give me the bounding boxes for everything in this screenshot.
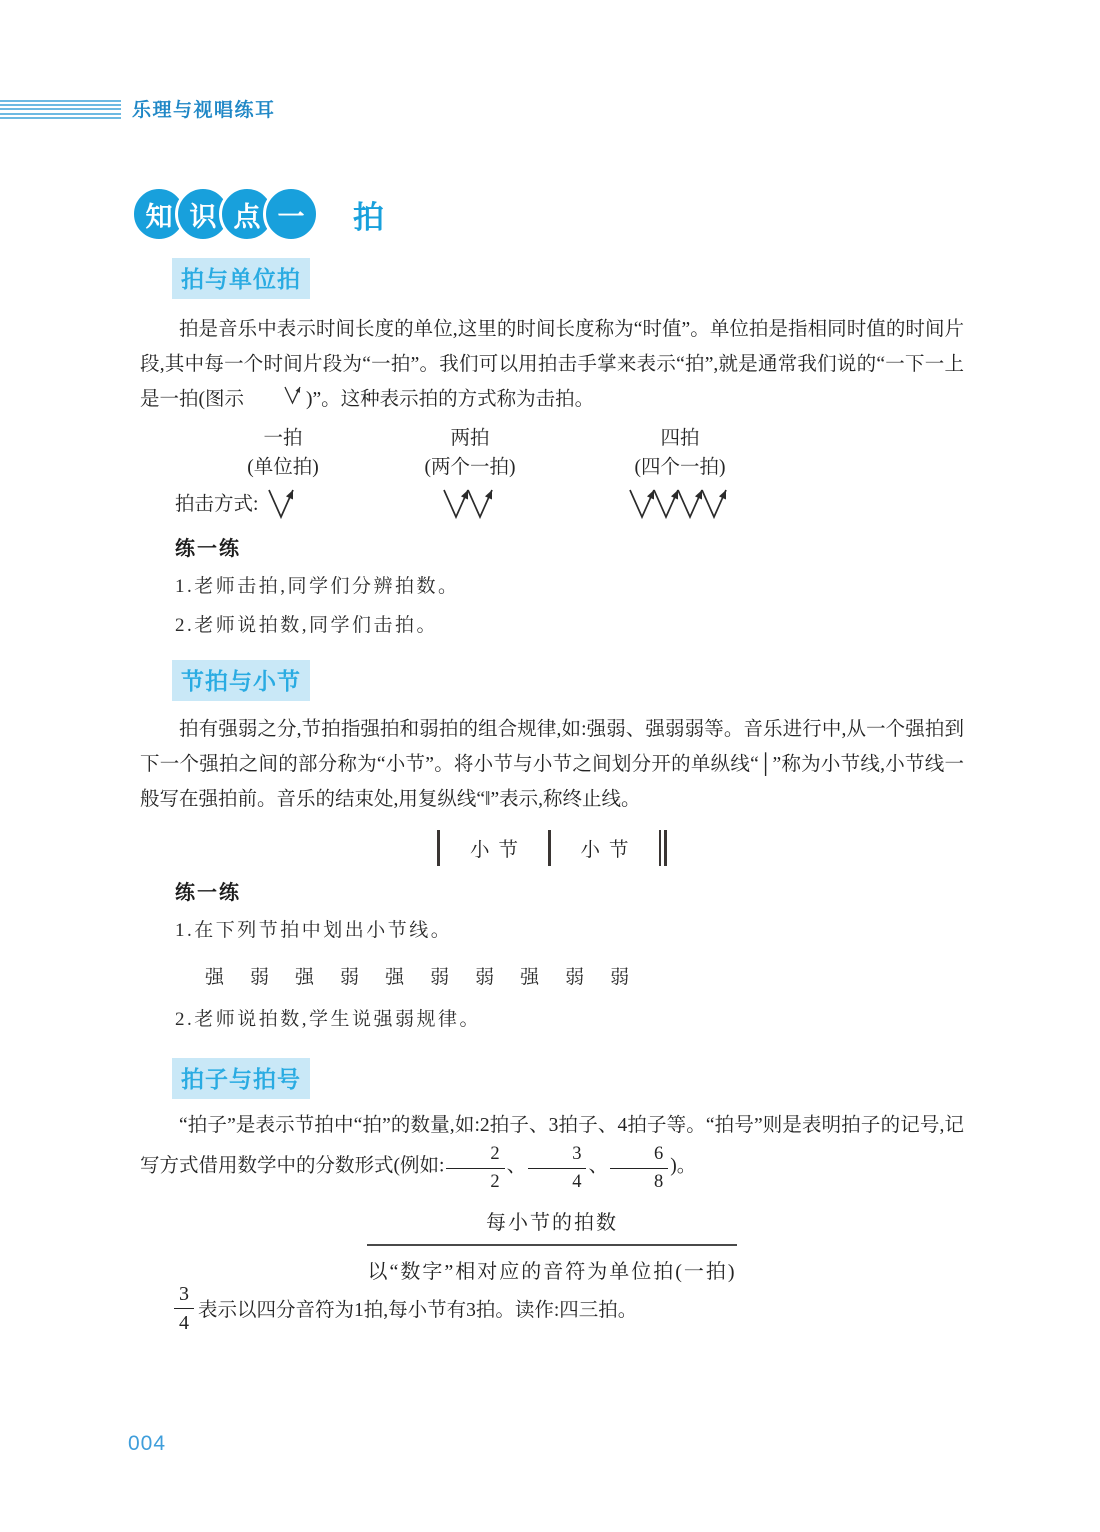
beat-pattern-char: 弱 (610, 962, 629, 989)
beat-column-four: 四拍 (四个一拍) (585, 424, 775, 523)
clap-method-label: 拍击方式: (175, 488, 258, 516)
beat-stroke-icon (375, 487, 565, 523)
beat-stroke-icon (585, 487, 775, 523)
beat-paragraph: 拍是音乐中表示时间长度的单位,这里的时间长度称为“时值”。单位拍是指相同时值的时… (140, 312, 964, 419)
beat-pattern-char: 弱 (475, 962, 494, 989)
strong-weak-pattern: 强 弱 强 弱 强 弱 弱 强 弱 弱 (205, 962, 629, 989)
practice-block-beats: 练一练 1.老师击拍,同学们分辨拍数。 2.老师说拍数,同学们击拍。 (175, 532, 460, 639)
beat-column-subtitle: (两个一拍) (375, 453, 565, 482)
beat-pattern-char: 强 (385, 962, 404, 989)
example-fraction: 3 4 (174, 1282, 194, 1333)
practice-item: 1.在下列节拍中划出小节线。 (175, 918, 629, 944)
section-heading-time-signature: 拍子与拍号 (172, 1058, 310, 1099)
beat-column-subtitle: (四个一拍) (585, 453, 775, 482)
practice-title: 练一练 (175, 532, 460, 561)
beat-pattern-char: 弱 (430, 962, 449, 989)
knowledge-point-row: 知 识 点 一 拍 (131, 186, 384, 242)
knowledge-point-badge: 知 识 点 一 (131, 186, 319, 242)
beat-pattern-char: 强 (295, 962, 314, 989)
time-signature-fraction: 22 (446, 1143, 504, 1191)
measure-label: 小节 (470, 834, 527, 862)
beat-pattern-char: 强 (205, 962, 224, 989)
time-signature-fraction: 34 (528, 1143, 586, 1191)
book-title: 乐理与视唱练耳 (132, 95, 276, 122)
beat-column-title: 两拍 (375, 424, 565, 453)
meter-paragraph: 拍有强弱之分,节拍指强拍和弱拍的组合规律,如:强弱、强弱弱等。音乐进行中,从一个… (140, 712, 964, 817)
beat-pattern-char: 弱 (565, 962, 584, 989)
time-signature-text-after: )。 (670, 1155, 696, 1176)
practice-item: 2.老师说拍数,学生说强弱规律。 (175, 1007, 629, 1033)
time-signature-paragraph: “拍子”是表示节拍中“拍”的数量,如:2拍子、3拍子、4拍子等。“拍号”则是表明… (140, 1108, 964, 1191)
practice-item: 2.老师说拍数,同学们击拍。 (175, 613, 460, 639)
single-barline-icon (548, 830, 551, 866)
textbook-page: 乐理与视唱练耳 知 识 点 一 拍 拍与单位拍 拍是音乐中表示时间长度的单位,这… (0, 0, 1100, 1532)
section-heading-beat: 拍与单位拍 (172, 258, 310, 299)
time-signature-fraction: 68 (610, 1143, 668, 1191)
beat-column-two: 两拍 (两个一拍) (375, 424, 565, 523)
badge-circle: 一 (263, 186, 319, 242)
time-signature-formula: 每小节的拍数 以“数字”相对应的音符为单位拍(一拍) (367, 1206, 736, 1284)
formula-numerator: 每小节的拍数 (367, 1206, 736, 1246)
practice-block-meter: 练一练 1.在下列节拍中划出小节线。 强 弱 强 弱 强 弱 弱 强 弱 弱 2… (175, 876, 629, 1033)
time-signature-example: 3 4 表示以四分音符为1拍,每小节有3拍。读作:四三拍。 (172, 1282, 637, 1333)
beat-pattern-char: 弱 (340, 962, 359, 989)
topic-title: 拍 (353, 192, 384, 237)
beat-column-title: 四拍 (585, 424, 775, 453)
header-rule-lines (0, 100, 121, 121)
double-barline-icon (659, 830, 667, 866)
beat-paragraph-text-after: )”。这种表示拍的方式称为击拍。 (306, 389, 594, 410)
page-number: 004 (128, 1432, 166, 1456)
barline-diagram: 小节 小节 (140, 828, 964, 868)
beat-diagram: 一拍 (单位拍) 两拍 (两个一拍) 四拍 (四个一拍) 拍击方式: (0, 424, 1100, 524)
formula-denominator: 以“数字”相对应的音符为单位拍(一拍) (367, 1246, 736, 1284)
practice-item: 1.老师击拍,同学们分辨拍数。 (175, 574, 460, 600)
example-text: 表示以四分音符为1拍,每小节有3拍。读作:四三拍。 (198, 1294, 637, 1322)
beat-column-subtitle: (单位拍) (188, 453, 378, 482)
measure-label: 小节 (581, 834, 638, 862)
fraction-separator: 、 (588, 1155, 608, 1176)
section-heading-meter: 节拍与小节 (172, 660, 310, 701)
beat-pattern-char: 弱 (250, 962, 269, 989)
practice-title: 练一练 (175, 876, 629, 905)
fraction-separator: 、 (507, 1155, 527, 1176)
beat-stroke-icon (245, 384, 305, 419)
beat-column-title: 一拍 (188, 424, 378, 453)
time-signature-formula-wrap: 每小节的拍数 以“数字”相对应的音符为单位拍(一拍) (140, 1206, 964, 1284)
single-barline-icon (437, 830, 440, 866)
beat-pattern-char: 强 (520, 962, 539, 989)
